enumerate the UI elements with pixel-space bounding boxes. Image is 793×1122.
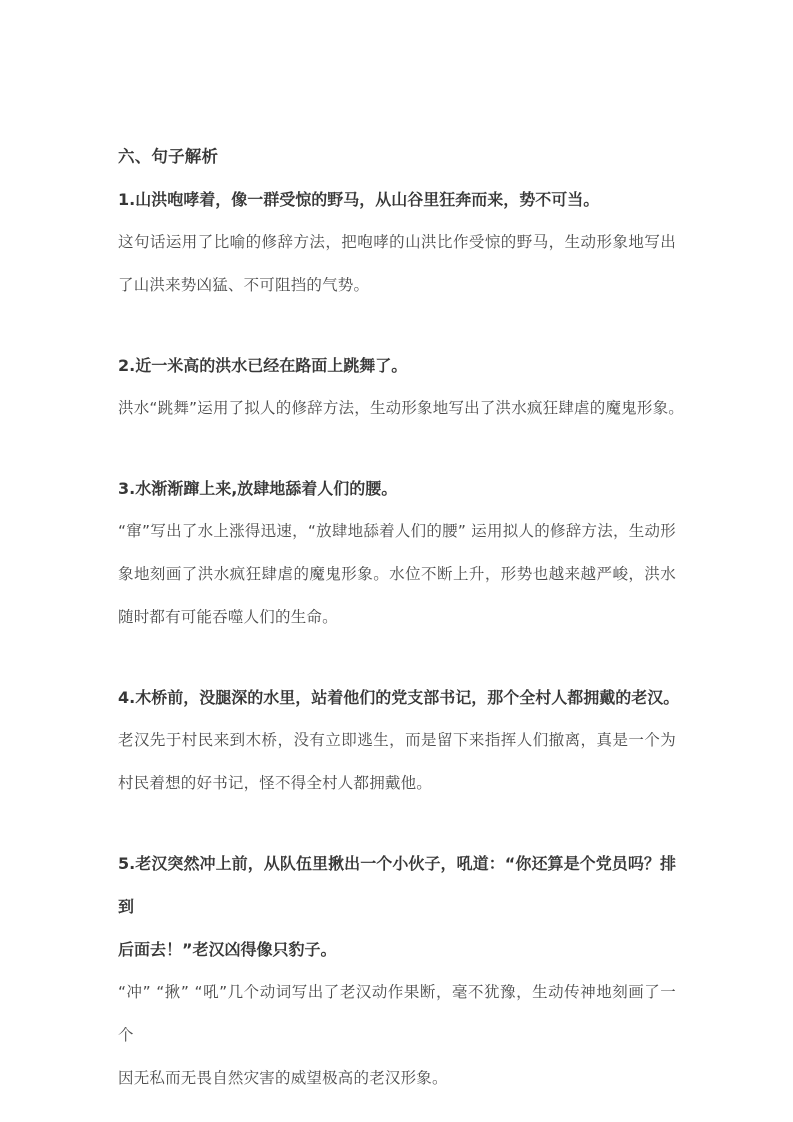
analysis-line: 村民着想的好书记，怪不得全村人都拥戴他。	[118, 762, 676, 805]
analysis-line: 因无私而无畏自然灾害的威望极高的老汉形象。	[118, 1057, 676, 1100]
sentence-item-2: 2.近一米高的洪水已经在路面上跳舞了。 洪水“跳舞”运用了拟人的修辞方法，生动形…	[118, 344, 676, 430]
sentence-item-5: 5.老汉突然冲上前，从队伍里揪出一个小伙子，吼道：“你还算是个党员吗？排到 后面…	[118, 842, 676, 1100]
analysis-line: 洪水“跳舞”运用了拟人的修辞方法，生动形象地写出了洪水疯狂肆虐的魔鬼形象。	[118, 387, 676, 430]
sentence-item-1: 1.山洪咆哮着，像一群受惊的野马，从山谷里狂奔而来，势不可当。 这句话运用了比喻…	[118, 178, 676, 307]
analysis-line: 这句话运用了比喻的修辞方法，把咆哮的山洪比作受惊的野马，生动形象地写出	[118, 221, 676, 264]
sentence-title-line: 1.山洪咆哮着，像一群受惊的野马，从山谷里狂奔而来，势不可当。	[118, 178, 676, 221]
sentence-item-3: 3.水渐渐蹿上来,放肆地舔着人们的腰。 “窜”写出了水上涨得迅速，“放肆地舔着人…	[118, 467, 676, 639]
analysis-line: 了山洪来势凶猛、不可阻挡的气势。	[118, 264, 676, 307]
analysis-line: “冲” “揪” “吼”几个动词写出了老汉动作果断，毫不犹豫，生动传神地刻画了一个	[118, 971, 676, 1057]
analysis-line: 象地刻画了洪水疯狂肆虐的魔鬼形象。水位不断上升，形势也越来越严峻，洪水	[118, 553, 676, 596]
analysis-line: 随时都有可能吞噬人们的生命。	[118, 596, 676, 639]
analysis-line: 老汉先于村民来到木桥，没有立即逃生，而是留下来指挥人们撤离，真是一个为	[118, 719, 676, 762]
sentence-title-line: 3.水渐渐蹿上来,放肆地舔着人们的腰。	[118, 467, 676, 510]
sentence-title-line: 4.木桥前，没腿深的水里，站着他们的党支部书记，那个全村人都拥戴的老汉。	[118, 676, 676, 719]
analysis-line: “窜”写出了水上涨得迅速，“放肆地舔着人们的腰” 运用拟人的修辞方法，生动形	[118, 510, 676, 553]
sentence-item-4: 4.木桥前，没腿深的水里，站着他们的党支部书记，那个全村人都拥戴的老汉。 老汉先…	[118, 676, 676, 805]
sentence-title-line: 2.近一米高的洪水已经在路面上跳舞了。	[118, 344, 676, 387]
sentence-title-line: 5.老汉突然冲上前，从队伍里揪出一个小伙子，吼道：“你还算是个党员吗？排到	[118, 842, 676, 928]
document-page: 六、句子解析 1.山洪咆哮着，像一群受惊的野马，从山谷里狂奔而来，势不可当。 这…	[118, 135, 676, 1100]
sentence-title-line: 后面去！”老汉凶得像只豹子。	[118, 928, 676, 971]
section-heading: 六、句子解析	[118, 135, 676, 178]
